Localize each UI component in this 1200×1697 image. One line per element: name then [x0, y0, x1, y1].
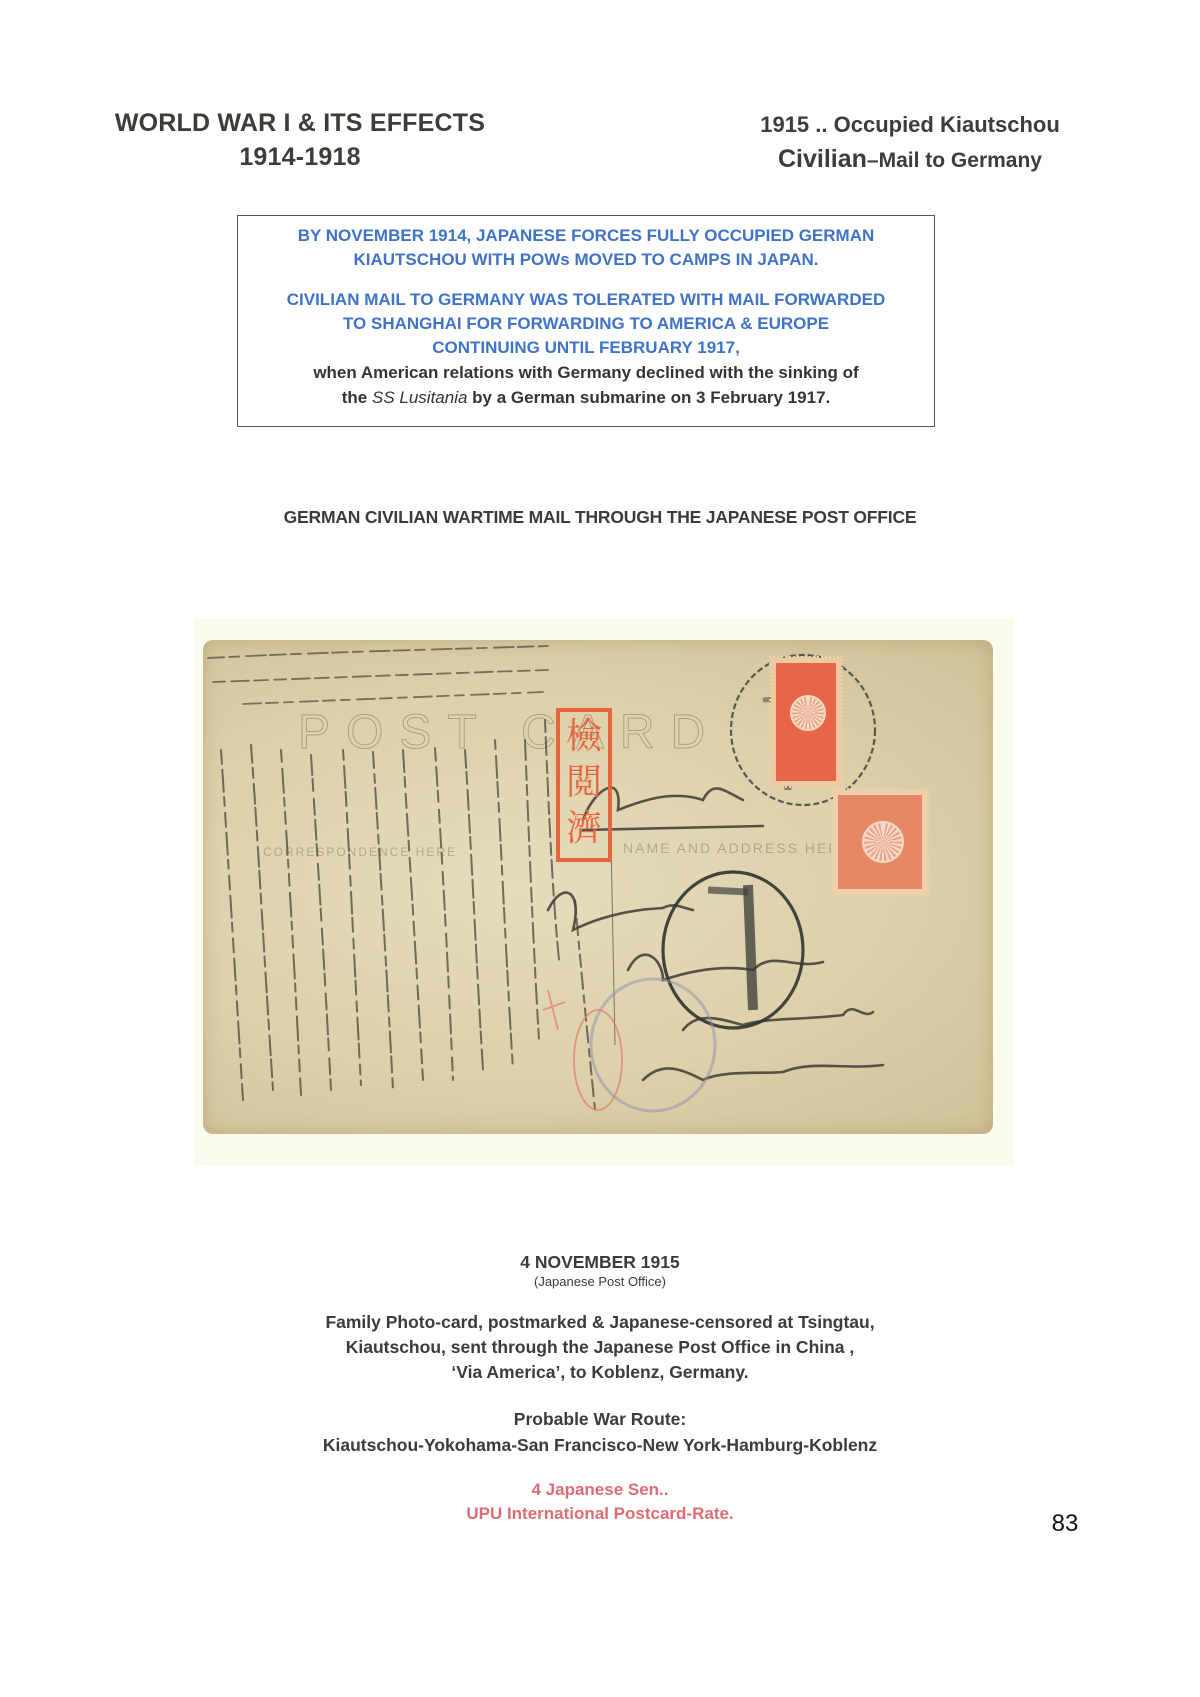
- item-route: Probable War Route: Kiautschou-Yokohama-…: [150, 1406, 1050, 1458]
- page-subject: 1915 .. Occupied Kiautschou Civilian–Mai…: [720, 108, 1100, 178]
- info-line: BY NOVEMBER 1914, JAPANESE FORCES FULLY …: [238, 224, 934, 248]
- stamp-1-sen: [833, 790, 927, 894]
- info-paragraph-lusitania: when American relations with Germany dec…: [238, 360, 934, 410]
- history-info-box: BY NOVEMBER 1914, JAPANESE FORCES FULLY …: [237, 215, 935, 427]
- item-post-office: (Japanese Post Office): [300, 1274, 900, 1289]
- rate-description: UPU International Postcard-Rate.: [300, 1502, 900, 1526]
- route-label: Probable War Route:: [150, 1406, 1050, 1432]
- route-value: Kiautschou-Yokohama-San Francisco-New Yo…: [150, 1432, 1050, 1458]
- info-paragraph-civilian-mail: CIVILIAN MAIL TO GERMANY WAS TOLERATED W…: [238, 288, 934, 360]
- item-description: Family Photo-card, postmarked & Japanese…: [200, 1310, 1000, 1385]
- chrysanthemum-icon: [862, 821, 904, 863]
- item-postage-rate: 4 Japanese Sen.. UPU International Postc…: [300, 1478, 900, 1526]
- exhibit-title-years: 1914-1918: [100, 140, 500, 174]
- page-subject-line2: Civilian–Mail to Germany: [720, 142, 1100, 178]
- chrysanthemum-icon: [790, 695, 826, 731]
- info-line: the SS Lusitania by a German submarine o…: [238, 385, 934, 410]
- description-line: Family Photo-card, postmarked & Japanese…: [200, 1310, 1000, 1335]
- item-date: 4 NOVEMBER 1915: [300, 1252, 900, 1273]
- info-line: KIAUTSCHOU WITH POWs MOVED TO CAMPS IN J…: [238, 248, 934, 272]
- stamp-3-sen: [771, 658, 841, 786]
- rate-amount: 4 Japanese Sen..: [300, 1478, 900, 1502]
- info-line: when American relations with Germany dec…: [238, 360, 934, 385]
- info-line: CONTINUING UNTIL FEBRUARY 1917,: [238, 336, 934, 360]
- section-title: GERMAN CIVILIAN WARTIME MAIL THROUGH THE…: [200, 507, 1000, 528]
- info-paragraph-occupation: BY NOVEMBER 1914, JAPANESE FORCES FULLY …: [238, 224, 934, 272]
- ship-name: SS Lusitania: [372, 388, 467, 407]
- page-subject-civilian: Civilian: [778, 145, 867, 173]
- description-line: ‘Via America’, to Koblenz, Germany.: [200, 1360, 1000, 1385]
- page-number: 83: [1040, 1510, 1090, 1538]
- description-line: Kiautschou, sent through the Japanese Po…: [200, 1335, 1000, 1360]
- page-subject-line1: 1915 .. Occupied Kiautschou: [720, 108, 1100, 142]
- page-subject-mail: –Mail to Germany: [867, 149, 1042, 172]
- info-line: CIVILIAN MAIL TO GERMANY WAS TOLERATED W…: [238, 288, 934, 312]
- postcard-image: POST CARD CORRESPONDENCE HERE NAME AND A…: [203, 640, 993, 1134]
- exhibit-title-line1: WORLD WAR I & ITS EFFECTS: [100, 106, 500, 140]
- info-line: TO SHANGHAI FOR FORWARDING TO AMERICA & …: [238, 312, 934, 336]
- japanese-censor-mark: 檢 閲 濟: [556, 708, 612, 862]
- exhibit-title: WORLD WAR I & ITS EFFECTS 1914-1918: [100, 106, 500, 174]
